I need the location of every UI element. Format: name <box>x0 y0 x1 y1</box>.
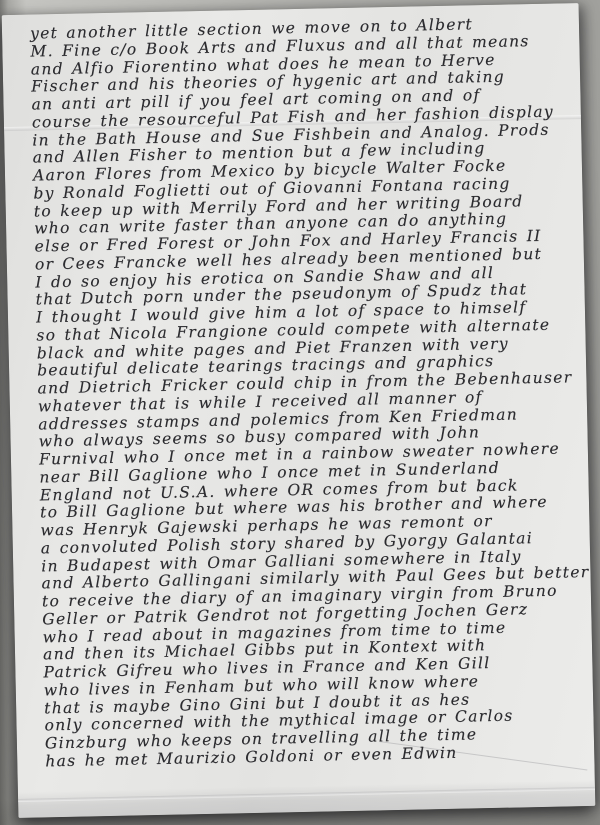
photo-surface: yet another little section we move on to… <box>0 0 600 825</box>
letter-text: yet another little section we move on to… <box>2 3 595 771</box>
paper-fold-bottom <box>18 787 595 802</box>
letter-page: yet another little section we move on to… <box>2 3 596 818</box>
